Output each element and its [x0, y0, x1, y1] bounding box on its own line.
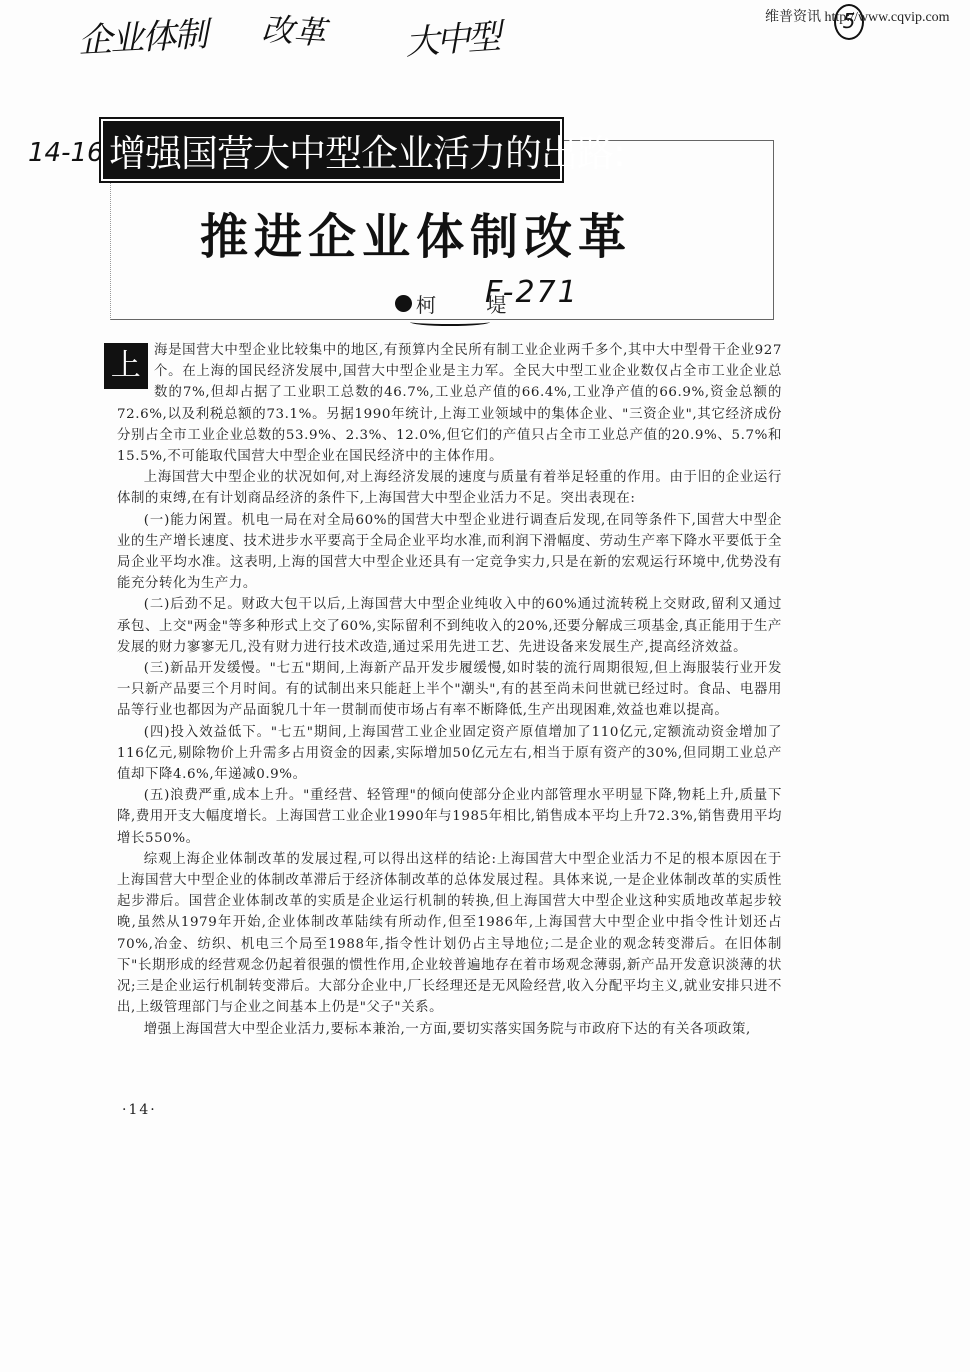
article-title: 推进企业体制改革	[200, 198, 632, 267]
paragraph: 增强上海国营大中型企业活力,要标本兼治,一方面,要切实落实国务院与市政府下达的有…	[117, 1019, 782, 1040]
bullet-icon	[395, 295, 412, 312]
supertitle: 增强国营大中型企业活力的出路:	[101, 123, 624, 177]
handwritten-keyword-3: 大中型	[403, 9, 499, 64]
paragraph: 海是国营大中型企业比较集中的地区,有预算内全民所有制工业企业两千多个,其中大中型…	[117, 340, 782, 467]
paragraph: (四)投入效益低下。"七五"期间,上海国营工业企业固定资产原值增加了110亿元,…	[117, 722, 782, 786]
page-range-note: 14-16	[28, 138, 104, 168]
classification-note: F-271	[485, 275, 579, 310]
drop-cap: 上	[104, 343, 148, 389]
paragraph: 上海国营大中型企业的状况如何,对上海经济发展的速度与质量有着举足轻重的作用。由于…	[117, 467, 782, 509]
paragraph: (五)浪费严重,成本上升。"重经营、轻管理"的倾向使部分企业内部管理水平明显下降…	[117, 785, 782, 849]
paragraph: (一)能力闲置。机电一局在对全局60%的国营大中型企业进行调查后发现,在同等条件…	[117, 510, 782, 595]
paragraph: 综观上海企业体制改革的发展过程,可以得出这样的结论:上海国营大中型企业活力不足的…	[117, 849, 782, 1019]
paragraph: (二)后劲不足。财政大包干以后,上海国营大中型企业纯收入中的60%通过流转税上交…	[117, 594, 782, 658]
page-number: ·14·	[122, 1102, 157, 1118]
handwritten-underline	[410, 318, 490, 326]
circled-number: 5	[834, 4, 864, 40]
article-body: 上 海是国营大中型企业比较集中的地区,有预算内全民所有制工业企业两千多个,其中大…	[117, 340, 782, 1040]
paragraph: (三)新品开发缓慢。"七五"期间,上海新产品开发步履缓慢,如时装的流行周期很短,…	[117, 658, 782, 722]
handwritten-keyword-2: 改革	[260, 4, 327, 54]
supertitle-box: 增强国营大中型企业活力的出路:	[99, 117, 564, 183]
handwritten-keyword-1: 企业体制	[77, 7, 207, 63]
